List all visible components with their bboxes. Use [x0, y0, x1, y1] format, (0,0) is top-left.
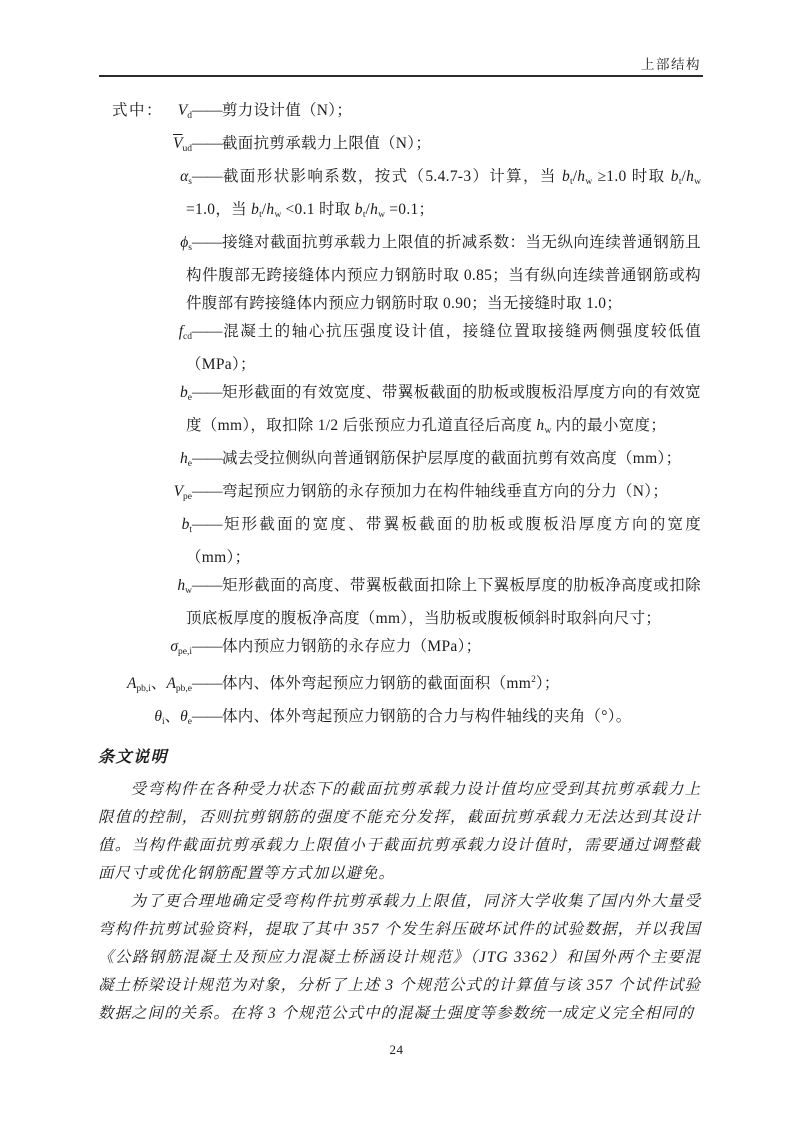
- symbol-definition-row: 式中： Vd——剪力设计值（N）；: [98, 97, 701, 130]
- symbol-definition-row: Vpe——弯起预应力钢筋的永存预加力在构件轴线垂直方向的分力（N）；: [98, 478, 701, 511]
- page-footer: 24: [0, 1041, 793, 1059]
- symbol-definition-row: ϕs——接缝对截面抗剪承载力上限值的折减系数：当无纵向连续普通钢筋且构件腹部无跨…: [98, 229, 701, 318]
- header-running-title: 上部结构: [641, 53, 701, 73]
- definition-text: 剪力设计值（N）；: [222, 102, 352, 119]
- definition-text: 体内、体外弯起预应力钢筋的截面面积（mm2）；: [222, 675, 560, 692]
- symbol-definition-row: fcd——混凝土的轴心抗压强度设计值，接缝位置取接缝两侧强度较低值（MPa）；: [98, 318, 701, 379]
- symbol: Apb,i、Apb,e——: [98, 670, 222, 703]
- symbol: bt——: [98, 511, 222, 544]
- symbol-definition-list: 式中： Vd——剪力设计值（N）； Vud——截面抗剪承载力上限值（N）； αs…: [98, 97, 701, 736]
- symbol-definition-row: θi、θe——体内、体外弯起预应力钢筋的合力与构件轴线的夹角（°）。: [98, 703, 701, 736]
- document-page: 上部结构 式中： Vd——剪力设计值（N）； Vud——截面抗剪承载力上限值（N…: [0, 0, 793, 1122]
- symbol-definition-row: Apb,i、Apb,e——体内、体外弯起预应力钢筋的截面面积（mm2）；: [98, 666, 701, 703]
- commentary-paragraph-2: 为了更合理地确定受弯构件抗剪承载力上限值，同济大学收集了国内外大量受弯构件抗剪试…: [98, 888, 701, 1028]
- commentary-paragraph-1: 受弯构件在各种受力状态下的截面抗剪承载力设计值均应受到其抗剪承载力上限值的控制，…: [98, 776, 701, 888]
- symbol: αs——: [98, 163, 222, 196]
- definition-text: 截面抗剪承载力上限值（N）；: [222, 135, 431, 152]
- symbol-definition-row: σpe,i——体内预应力钢筋的永存应力（MPa）；: [98, 633, 701, 666]
- symbol: he——: [98, 445, 222, 478]
- definition-text: 截面形状影响系数，按式（5.4.7-3）计算，当 bt/hw ≥1.0 时取 b…: [186, 168, 701, 218]
- symbol-definition-row: bt——矩形截面的宽度、带翼板截面的肋板或腹板沿厚度方向的宽度（mm）；: [98, 511, 701, 572]
- page-number: 24: [390, 1042, 404, 1057]
- definition-text: 体内预应力钢筋的永存应力（MPa）；: [222, 638, 481, 655]
- symbol-definition-row: hw——矩形截面的高度、带翼板截面扣除上下翼板厚度的肋板净高度或扣除顶底板厚度的…: [98, 572, 701, 633]
- definition-text: 混凝土的轴心抗压强度设计值，接缝位置取接缝两侧强度较低值（MPa）；: [186, 323, 701, 373]
- definition-text: 矩形截面的有效宽度、带翼板截面的肋板或腹板沿厚度方向的有效宽度（mm），取扣除 …: [186, 384, 701, 434]
- symbol: σpe,i——: [98, 633, 222, 666]
- definition-text: 体内、体外弯起预应力钢筋的合力与构件轴线的夹角（°）。: [222, 708, 632, 725]
- definition-text: 减去受拉侧纵向普通钢筋保护层厚度的截面抗剪有效高度（mm）；: [222, 450, 681, 467]
- definition-text: 接缝对截面抗剪承载力上限值的折减系数：当无纵向连续普通钢筋且构件腹部无跨接缝体内…: [186, 234, 701, 312]
- symbol-definition-row: Vud——截面抗剪承载力上限值（N）；: [98, 130, 701, 163]
- symbol: ϕs——: [98, 229, 222, 262]
- definition-text: 弯起预应力钢筋的永存预加力在构件轴线垂直方向的分力（N）；: [222, 483, 668, 500]
- symbol: Vpe——: [98, 478, 222, 511]
- symbol-definition-row: αs——截面形状影响系数，按式（5.4.7-3）计算，当 bt/hw ≥1.0 …: [98, 163, 701, 229]
- symbol: fcd——: [98, 318, 222, 351]
- symbol: θi、θe——: [98, 703, 222, 736]
- symbol: Vud——: [98, 130, 222, 163]
- symbol-definition-row: be——矩形截面的有效宽度、带翼板截面的肋板或腹板沿厚度方向的有效宽度（mm），…: [98, 379, 701, 445]
- header-divider: [99, 75, 703, 77]
- symbol: hw——: [98, 572, 222, 605]
- page-content: 式中： Vd——剪力设计值（N）； Vud——截面抗剪承载力上限值（N）； αs…: [98, 97, 701, 1028]
- where-label: 式中：: [112, 97, 163, 125]
- symbol-definition-row: he——减去受拉侧纵向普通钢筋保护层厚度的截面抗剪有效高度（mm）；: [98, 445, 701, 478]
- definition-text: 矩形截面的宽度、带翼板截面的肋板或腹板沿厚度方向的宽度（mm）；: [186, 516, 701, 566]
- commentary-heading: 条文说明: [98, 745, 701, 771]
- symbol: be——: [98, 379, 222, 412]
- definition-text: 矩形截面的高度、带翼板截面扣除上下翼板厚度的肋板净高度或扣除顶底板厚度的腹板净高…: [186, 577, 701, 627]
